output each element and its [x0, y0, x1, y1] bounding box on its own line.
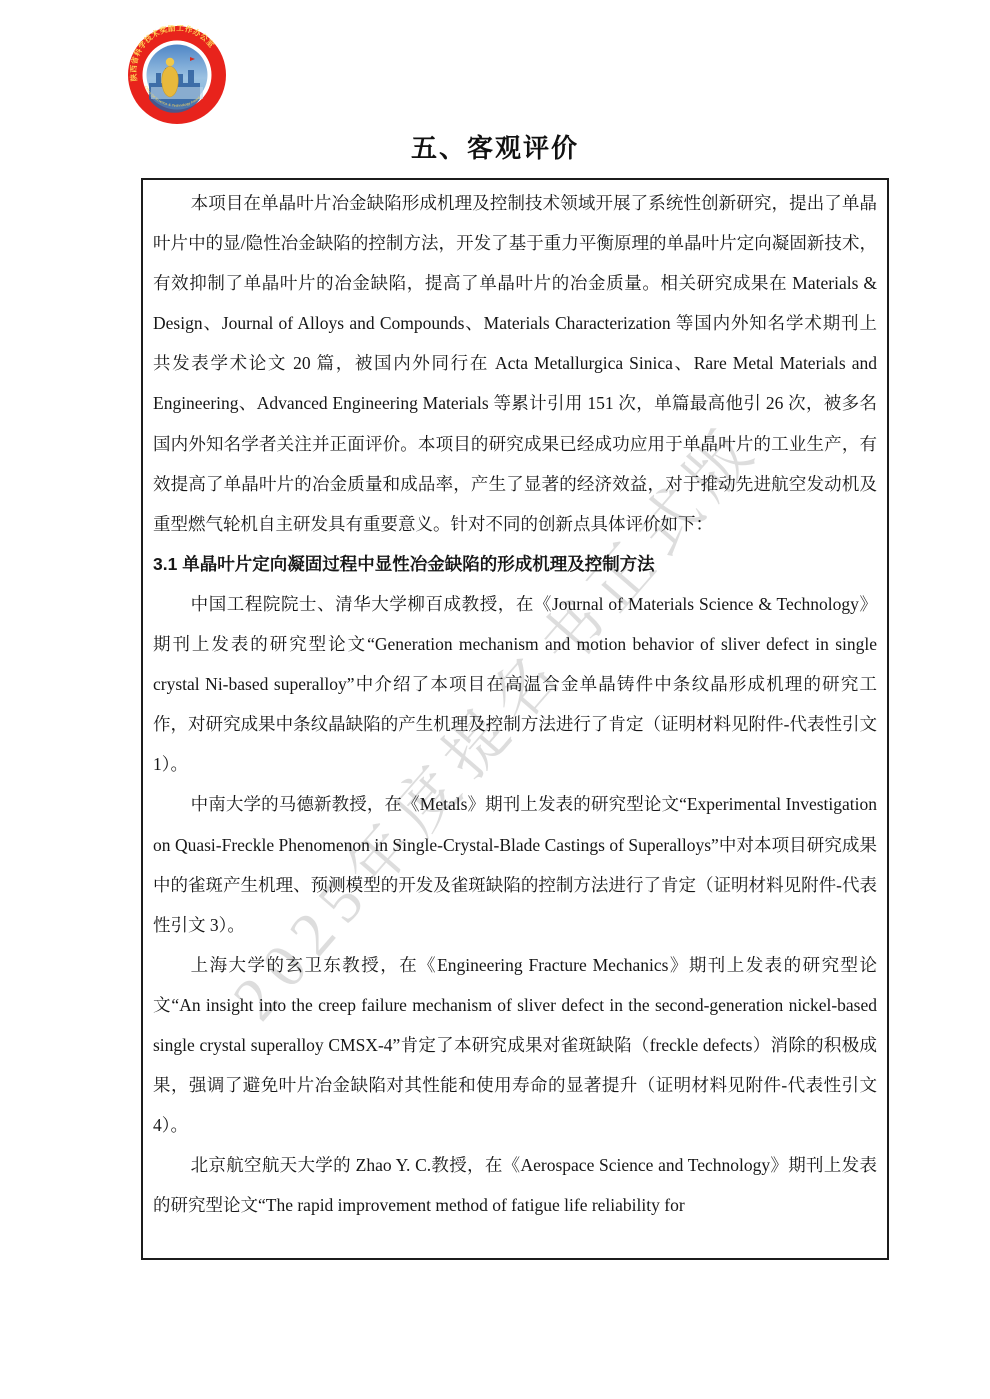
evaluation-box: 本项目在单晶叶片冶金缺陷形成机理及控制技术领域开展了系统性创新研究，提出了单晶叶… [141, 178, 889, 1260]
seal-icon: 陕西省科学技术奖励工作办公室 Office Of Science & Techn… [127, 25, 227, 125]
paragraph-xuan-weidong: 上海大学的玄卫东教授，在《Engineering Fracture Mechan… [153, 945, 877, 1145]
document-page: 2025年度提名书正式版 [0, 0, 990, 1399]
intro-paragraph: 本项目在单晶叶片冶金缺陷形成机理及控制技术领域开展了系统性创新研究，提出了单晶叶… [153, 183, 877, 544]
paragraph-liu-baicheng: 中国工程院院士、清华大学柳百成教授，在《Journal of Materials… [153, 584, 877, 784]
award-office-seal-logo: 陕西省科学技术奖励工作办公室 Office Of Science & Techn… [127, 25, 227, 125]
section-heading-3-1: 3.1 单晶叶片定向凝固过程中显性冶金缺陷的形成机理及控制方法 [153, 544, 877, 584]
paragraph-zhao-yc: 北京航空航天大学的 Zhao Y. C.教授，在《Aerospace Scien… [153, 1145, 877, 1225]
paragraph-ma-dexin: 中南大学的马德新教授，在《Metals》期刊上发表的研究型论文“Experime… [153, 784, 877, 944]
trophy-head [166, 58, 174, 66]
page-title: 五、客观评价 [0, 128, 990, 165]
trophy-body [162, 66, 178, 97]
